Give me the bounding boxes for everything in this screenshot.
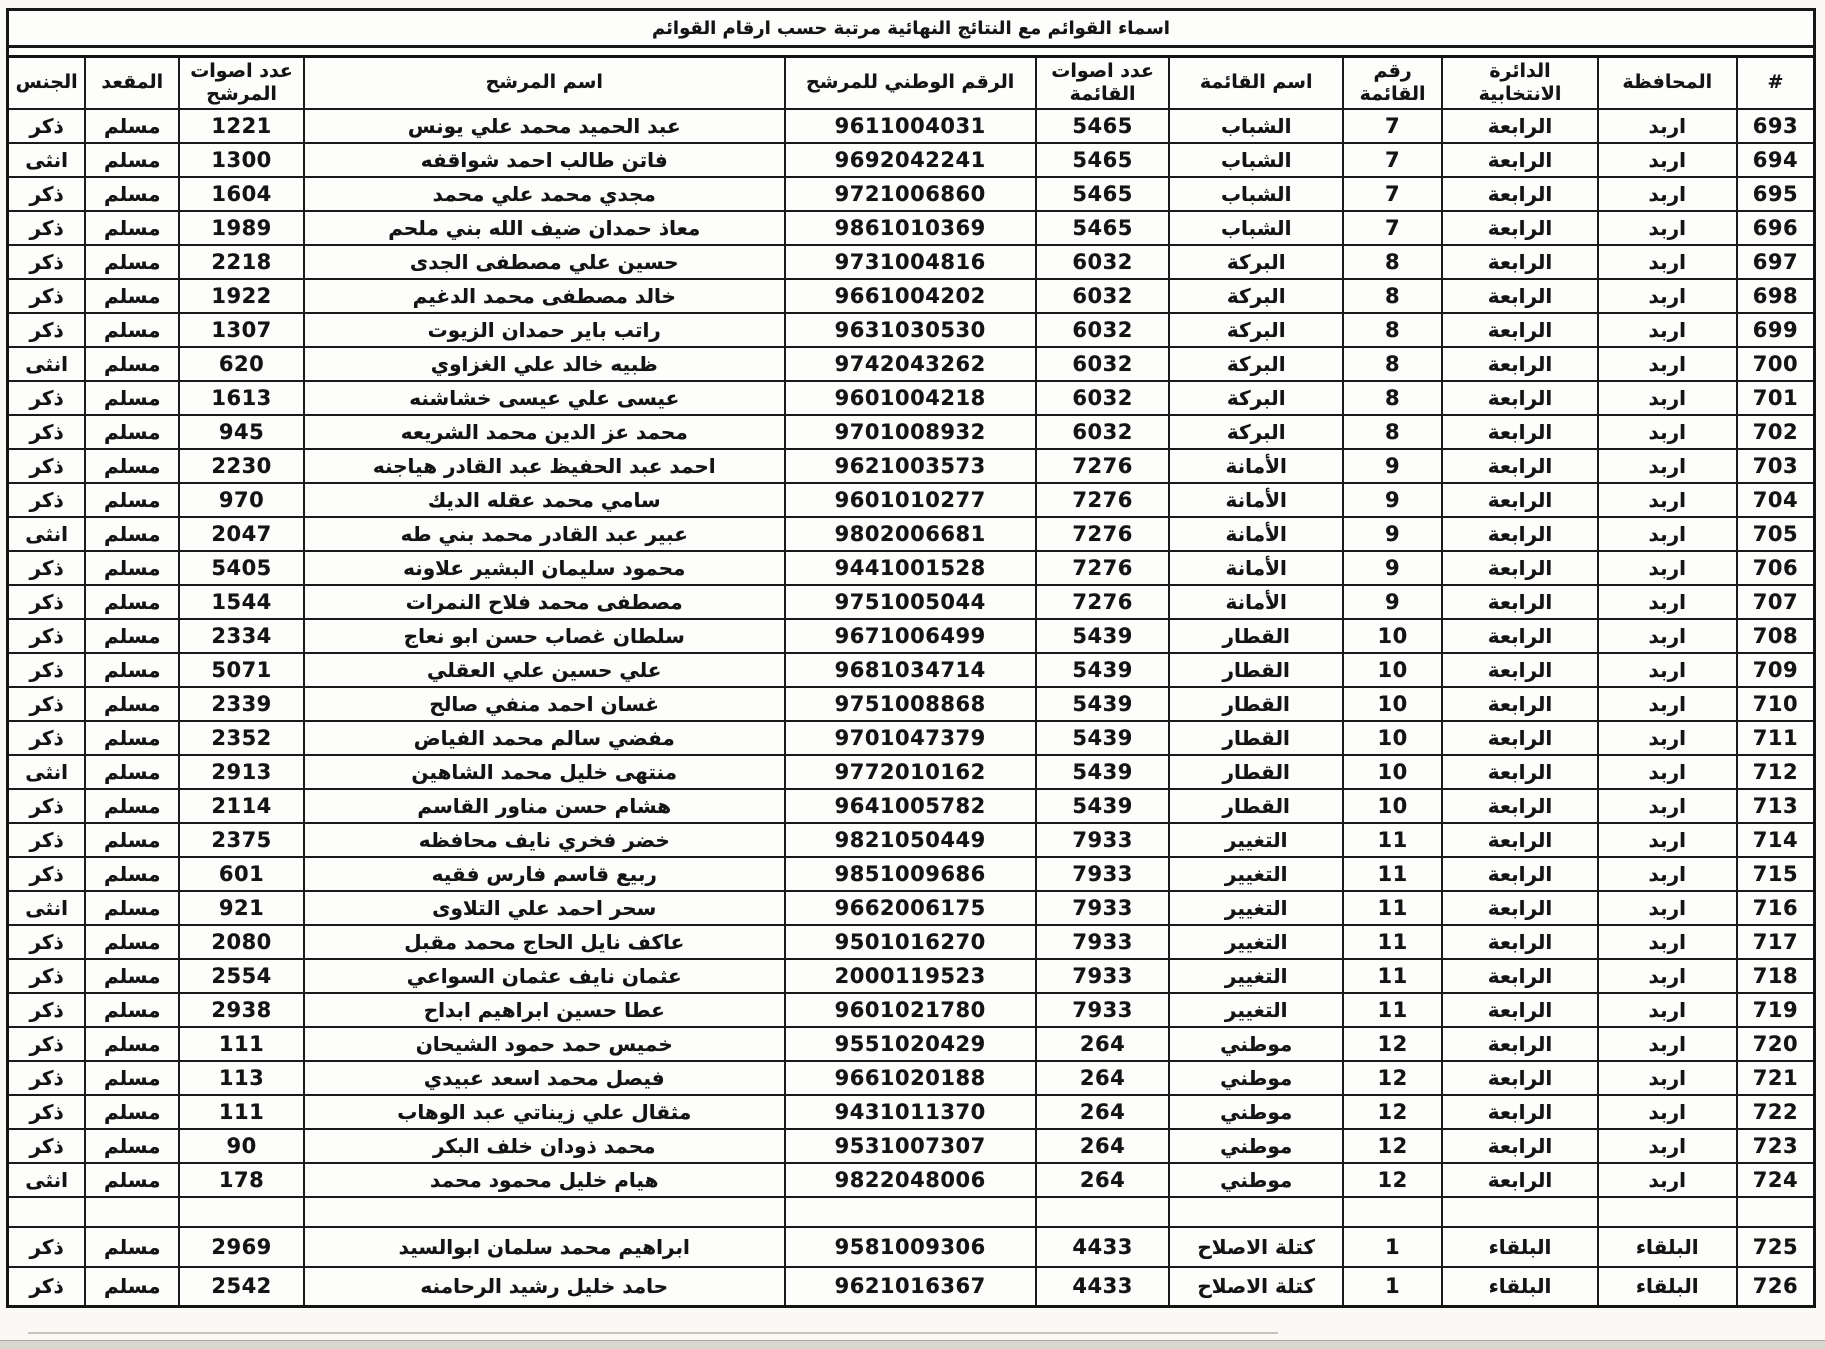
cell-cand_votes: 2352: [179, 721, 304, 755]
cell-list_name: الشباب: [1169, 109, 1342, 143]
cell-list_no: 8: [1343, 381, 1442, 415]
cell-national_id: 9611004031: [785, 109, 1036, 143]
cell-cand_votes: 111: [179, 1027, 304, 1061]
cell-governorate: اربد: [1598, 415, 1737, 449]
cell-governorate: اربد: [1598, 1129, 1737, 1163]
cell-governorate: اربد: [1598, 653, 1737, 687]
cell-governorate: اربد: [1598, 449, 1737, 483]
cell-gender: ذكر: [8, 1129, 86, 1163]
cell-seat: مسلم: [85, 517, 179, 551]
cell-governorate: اربد: [1598, 211, 1737, 245]
cell-cand_votes: 1300: [179, 143, 304, 177]
cell-list_no: 9: [1343, 483, 1442, 517]
table-row: 693اربدالرابعة7الشباب54659611004031عبد ا…: [8, 109, 1815, 143]
cell-gender: ذكر: [8, 1267, 86, 1307]
cell-candidate: خالد مصطفى محمد الدغيم: [304, 279, 785, 313]
cell-gender: ذكر: [8, 1227, 86, 1267]
table-row: 695اربدالرابعة7الشباب54659721006860مجدي …: [8, 177, 1815, 211]
cell-num: 698: [1737, 279, 1815, 313]
cell-list_no: 8: [1343, 245, 1442, 279]
cell-list_name: التغيير: [1169, 857, 1342, 891]
cell-cand_votes: 5071: [179, 653, 304, 687]
cell-candidate: محمد عز الدين محمد الشريعه: [304, 415, 785, 449]
cell-district: الرابعة: [1442, 721, 1597, 755]
cell-governorate: اربد: [1598, 687, 1737, 721]
cell-governorate: اربد: [1598, 313, 1737, 347]
cell-seat: مسلم: [85, 1095, 179, 1129]
cell-candidate: محمود سليمان البشير علاونه: [304, 551, 785, 585]
cell-district: الرابعة: [1442, 109, 1597, 143]
cell-cand_votes: 945: [179, 415, 304, 449]
cell-num: 719: [1737, 993, 1815, 1027]
cell-list_votes: 5439: [1036, 687, 1170, 721]
cell-candidate: سحر احمد علي التلاوى: [304, 891, 785, 925]
cell-cand_votes: 111: [179, 1095, 304, 1129]
cell-gender: ذكر: [8, 619, 86, 653]
cell-list_no: 11: [1343, 993, 1442, 1027]
cell-seat: مسلم: [85, 1163, 179, 1197]
cell-list_no: 1: [1343, 1227, 1442, 1267]
cell-seat: [85, 1197, 179, 1227]
cell-list_votes: 5439: [1036, 721, 1170, 755]
table-row: 706اربدالرابعة9الأمانة72769441001528محمو…: [8, 551, 1815, 585]
cell-district: الرابعة: [1442, 891, 1597, 925]
cell-num: 723: [1737, 1129, 1815, 1163]
cell-seat: مسلم: [85, 313, 179, 347]
cell-district: الرابعة: [1442, 347, 1597, 381]
scanner-edge-strip: [0, 1340, 1825, 1349]
cell-governorate: اربد: [1598, 585, 1737, 619]
table-row: 713اربدالرابعة10القطار54399641005782هشام…: [8, 789, 1815, 823]
cell-governorate: البلقاء: [1598, 1267, 1737, 1307]
cell-gender: انثى: [8, 143, 86, 177]
cell-num: 725: [1737, 1227, 1815, 1267]
cell-seat: مسلم: [85, 1267, 179, 1307]
table-row: 725البلقاءالبلقاء1كتلة الاصلاح4433958100…: [8, 1227, 1815, 1267]
column-header-district: الدائرة الانتخابية: [1442, 57, 1597, 109]
table-row: 710اربدالرابعة10القطار54399751008868غسان…: [8, 687, 1815, 721]
cell-governorate: اربد: [1598, 857, 1737, 891]
cell-list_votes: 264: [1036, 1163, 1170, 1197]
cell-governorate: اربد: [1598, 177, 1737, 211]
cell-gender: ذكر: [8, 993, 86, 1027]
cell-list_no: 9: [1343, 517, 1442, 551]
cell-governorate: اربد: [1598, 823, 1737, 857]
cell-cand_votes: 1613: [179, 381, 304, 415]
cell-gender: ذكر: [8, 959, 86, 993]
cell-list_name: البركة: [1169, 381, 1342, 415]
cell-national_id: 9662006175: [785, 891, 1036, 925]
cell-seat: مسلم: [85, 551, 179, 585]
document-title: اسماء القوائم مع النتائج النهائية مرتبة …: [6, 8, 1816, 48]
cell-seat: مسلم: [85, 823, 179, 857]
cell-governorate: اربد: [1598, 381, 1737, 415]
empty-row: [8, 1197, 1815, 1227]
cell-num: 715: [1737, 857, 1815, 891]
table-row: 708اربدالرابعة10القطار54399671006499سلطا…: [8, 619, 1815, 653]
table-row: 700اربدالرابعة8البركة60329742043262ظبيه …: [8, 347, 1815, 381]
table-row: 703اربدالرابعة9الأمانة72769621003573احمد…: [8, 449, 1815, 483]
cell-num: 702: [1737, 415, 1815, 449]
table-row: 702اربدالرابعة8البركة60329701008932محمد …: [8, 415, 1815, 449]
cell-national_id: 2000119523: [785, 959, 1036, 993]
cell-governorate: اربد: [1598, 755, 1737, 789]
cell-national_id: [785, 1197, 1036, 1227]
cell-national_id: 9731004816: [785, 245, 1036, 279]
cell-list_votes: 5465: [1036, 177, 1170, 211]
cell-national_id: 9551020429: [785, 1027, 1036, 1061]
cell-candidate: عيسى علي عيسى خشاشنه: [304, 381, 785, 415]
cell-governorate: [1598, 1197, 1737, 1227]
cell-list_no: 12: [1343, 1027, 1442, 1061]
cell-list_name: القطار: [1169, 721, 1342, 755]
cell-district: الرابعة: [1442, 177, 1597, 211]
cell-seat: مسلم: [85, 789, 179, 823]
cell-national_id: 9581009306: [785, 1227, 1036, 1267]
cell-seat: مسلم: [85, 483, 179, 517]
cell-gender: ذكر: [8, 823, 86, 857]
cell-seat: مسلم: [85, 211, 179, 245]
cell-candidate: حسين علي مصطفى الجدى: [304, 245, 785, 279]
cell-num: 712: [1737, 755, 1815, 789]
cell-cand_votes: 1989: [179, 211, 304, 245]
cell-list_name: البركة: [1169, 245, 1342, 279]
cell-list_votes: 5465: [1036, 109, 1170, 143]
cell-district: البلقاء: [1442, 1267, 1597, 1307]
cell-list_no: 10: [1343, 653, 1442, 687]
cell-seat: مسلم: [85, 755, 179, 789]
cell-list_votes: 6032: [1036, 313, 1170, 347]
cell-list_name: القطار: [1169, 789, 1342, 823]
cell-num: 706: [1737, 551, 1815, 585]
cell-candidate: غسان احمد منفي صالح: [304, 687, 785, 721]
cell-cand_votes: 2969: [179, 1227, 304, 1267]
cell-cand_votes: 5405: [179, 551, 304, 585]
cell-num: 694: [1737, 143, 1815, 177]
cell-national_id: 9601021780: [785, 993, 1036, 1027]
cell-list_no: 8: [1343, 313, 1442, 347]
cell-national_id: 9621016367: [785, 1267, 1036, 1307]
cell-num: 714: [1737, 823, 1815, 857]
cell-list_name: البركة: [1169, 313, 1342, 347]
cell-national_id: 9631030530: [785, 313, 1036, 347]
table-row: 701اربدالرابعة8البركة60329601004218عيسى …: [8, 381, 1815, 415]
cell-list_name: الأمانة: [1169, 449, 1342, 483]
table-row: 721اربدالرابعة12موطني2649661020188فيصل م…: [8, 1061, 1815, 1095]
cell-governorate: اربد: [1598, 721, 1737, 755]
cell-national_id: 9861010369: [785, 211, 1036, 245]
cell-num: 710: [1737, 687, 1815, 721]
cell-candidate: معاذ حمدان ضيف الله بني ملحم: [304, 211, 785, 245]
cell-list_name: البركة: [1169, 415, 1342, 449]
cell-list_votes: 6032: [1036, 415, 1170, 449]
cell-list_votes: 5439: [1036, 619, 1170, 653]
cell-list_votes: 6032: [1036, 381, 1170, 415]
cell-list_votes: 4433: [1036, 1227, 1170, 1267]
cell-governorate: اربد: [1598, 891, 1737, 925]
table-row: 717اربدالرابعة11التغيير79339501016270عاك…: [8, 925, 1815, 959]
results-table: # المحافظة الدائرة الانتخابية رقم القائم…: [6, 55, 1816, 1308]
cell-list_name: الأمانة: [1169, 585, 1342, 619]
cell-gender: ذكر: [8, 415, 86, 449]
cell-list_no: 11: [1343, 857, 1442, 891]
cell-candidate: فاتن طالب احمد شواقفه: [304, 143, 785, 177]
cell-list_name: الشباب: [1169, 177, 1342, 211]
cell-seat: مسلم: [85, 1129, 179, 1163]
cell-gender: ذكر: [8, 245, 86, 279]
cell-cand_votes: [179, 1197, 304, 1227]
cell-list_name: التغيير: [1169, 925, 1342, 959]
cell-district: الرابعة: [1442, 653, 1597, 687]
title-header-gap: [6, 48, 1816, 55]
cell-list_name: موطني: [1169, 1129, 1342, 1163]
cell-governorate: اربد: [1598, 279, 1737, 313]
cell-num: [1737, 1197, 1815, 1227]
cell-list_votes: 5439: [1036, 653, 1170, 687]
cell-list_name: القطار: [1169, 619, 1342, 653]
cell-list_no: [1343, 1197, 1442, 1227]
cell-district: الرابعة: [1442, 449, 1597, 483]
cell-district: الرابعة: [1442, 245, 1597, 279]
cell-candidate: ظبيه خالد علي الغزاوي: [304, 347, 785, 381]
cell-seat: مسلم: [85, 687, 179, 721]
cell-national_id: 9431011370: [785, 1095, 1036, 1129]
cell-list_votes: 6032: [1036, 347, 1170, 381]
table-row: 711اربدالرابعة10القطار54399701047379مفضي…: [8, 721, 1815, 755]
cell-cand_votes: 113: [179, 1061, 304, 1095]
cell-list_name: موطني: [1169, 1095, 1342, 1129]
cell-governorate: اربد: [1598, 993, 1737, 1027]
cell-list_name: موطني: [1169, 1061, 1342, 1095]
cell-candidate: عثمان نايف عثمان السواعي: [304, 959, 785, 993]
cell-district: الرابعة: [1442, 483, 1597, 517]
cell-num: 718: [1737, 959, 1815, 993]
cell-cand_votes: 2047: [179, 517, 304, 551]
cell-seat: مسلم: [85, 721, 179, 755]
table-row: 707اربدالرابعة9الأمانة72769751005044مصطف…: [8, 585, 1815, 619]
cell-seat: مسلم: [85, 381, 179, 415]
cell-national_id: 9851009686: [785, 857, 1036, 891]
cell-list_no: 12: [1343, 1095, 1442, 1129]
table-row: 726البلقاءالبلقاء1كتلة الاصلاح4433962101…: [8, 1267, 1815, 1307]
table-row: 722اربدالرابعة12موطني2649431011370مثقال …: [8, 1095, 1815, 1129]
cell-candidate: سامي محمد عقله الديك: [304, 483, 785, 517]
cell-governorate: اربد: [1598, 959, 1737, 993]
cell-num: 726: [1737, 1267, 1815, 1307]
cell-num: 722: [1737, 1095, 1815, 1129]
cell-national_id: 9751005044: [785, 585, 1036, 619]
cell-candidate: محمد ذودان خلف البكر: [304, 1129, 785, 1163]
cell-district: الرابعة: [1442, 279, 1597, 313]
cell-candidate: عاكف نايل الحاج محمد مقبل: [304, 925, 785, 959]
cell-list_name: الأمانة: [1169, 517, 1342, 551]
cell-gender: ذكر: [8, 449, 86, 483]
cell-list_no: 7: [1343, 177, 1442, 211]
table-row: 709اربدالرابعة10القطار54399681034714علي …: [8, 653, 1815, 687]
cell-seat: مسلم: [85, 1061, 179, 1095]
cell-district: البلقاء: [1442, 1227, 1597, 1267]
column-header-list-number: رقم القائمة: [1343, 57, 1442, 109]
cell-cand_votes: 1544: [179, 585, 304, 619]
cell-list_no: 9: [1343, 449, 1442, 483]
cell-cand_votes: 620: [179, 347, 304, 381]
cell-national_id: 9601010277: [785, 483, 1036, 517]
cell-list_votes: 264: [1036, 1095, 1170, 1129]
cell-num: 708: [1737, 619, 1815, 653]
cell-governorate: اربد: [1598, 347, 1737, 381]
cell-list_votes: 6032: [1036, 245, 1170, 279]
cell-candidate: هشام حسن مناور القاسم: [304, 789, 785, 823]
cell-national_id: 9661004202: [785, 279, 1036, 313]
column-header-candidate-name: اسم المرشح: [304, 57, 785, 109]
cell-gender: ذكر: [8, 857, 86, 891]
cell-num: 693: [1737, 109, 1815, 143]
cell-candidate: [304, 1197, 785, 1227]
cell-national_id: 9802006681: [785, 517, 1036, 551]
cell-cand_votes: 178: [179, 1163, 304, 1197]
cell-num: 700: [1737, 347, 1815, 381]
cell-candidate: خضر فخري نايف محافظه: [304, 823, 785, 857]
table-row: 712اربدالرابعة10القطار54399772010162منته…: [8, 755, 1815, 789]
cell-national_id: 9742043262: [785, 347, 1036, 381]
cell-list_name: التغيير: [1169, 959, 1342, 993]
cell-list_name: التغيير: [1169, 823, 1342, 857]
cell-list_name: موطني: [1169, 1163, 1342, 1197]
cell-gender: [8, 1197, 86, 1227]
table-header: # المحافظة الدائرة الانتخابية رقم القائم…: [8, 57, 1815, 109]
cell-seat: مسلم: [85, 619, 179, 653]
cell-list_no: 1: [1343, 1267, 1442, 1307]
cell-candidate: راتب باير حمدان الزيوت: [304, 313, 785, 347]
cell-national_id: 9531007307: [785, 1129, 1036, 1163]
cell-list_name: الشباب: [1169, 211, 1342, 245]
column-header-list-name: اسم القائمة: [1169, 57, 1342, 109]
cell-num: 695: [1737, 177, 1815, 211]
cell-gender: ذكر: [8, 1027, 86, 1061]
column-header-governorate: المحافظة: [1598, 57, 1737, 109]
cell-seat: مسلم: [85, 653, 179, 687]
cell-cand_votes: 2554: [179, 959, 304, 993]
cell-cand_votes: 90: [179, 1129, 304, 1163]
cell-candidate: سلطان غصاب حسن ابو نعاج: [304, 619, 785, 653]
table-row: 704اربدالرابعة9الأمانة72769601010277سامي…: [8, 483, 1815, 517]
cell-national_id: 9821050449: [785, 823, 1036, 857]
cell-district: الرابعة: [1442, 619, 1597, 653]
cell-list_no: 8: [1343, 279, 1442, 313]
cell-governorate: اربد: [1598, 517, 1737, 551]
cell-seat: مسلم: [85, 585, 179, 619]
column-header-gender: الجنس: [8, 57, 86, 109]
cell-list_name: القطار: [1169, 653, 1342, 687]
cell-cand_votes: 1221: [179, 109, 304, 143]
cell-national_id: 9751008868: [785, 687, 1036, 721]
cell-num: 704: [1737, 483, 1815, 517]
cell-cand_votes: 1307: [179, 313, 304, 347]
table-row: 697اربدالرابعة8البركة60329731004816حسين …: [8, 245, 1815, 279]
scanned-results-sheet: اسماء القوائم مع النتائج النهائية مرتبة …: [6, 8, 1816, 1308]
cell-gender: انثى: [8, 891, 86, 925]
cell-seat: مسلم: [85, 993, 179, 1027]
cell-national_id: 9701008932: [785, 415, 1036, 449]
cell-seat: مسلم: [85, 1227, 179, 1267]
cell-governorate: اربد: [1598, 1061, 1737, 1095]
cell-national_id: 9772010162: [785, 755, 1036, 789]
cell-list_name: التغيير: [1169, 891, 1342, 925]
cell-seat: مسلم: [85, 891, 179, 925]
cell-list_no: 12: [1343, 1129, 1442, 1163]
cell-seat: مسلم: [85, 245, 179, 279]
cell-candidate: مجدي محمد علي محمد: [304, 177, 785, 211]
cell-list_no: 10: [1343, 755, 1442, 789]
table-row: 716اربدالرابعة11التغيير79339662006175سحر…: [8, 891, 1815, 925]
cell-num: 709: [1737, 653, 1815, 687]
cell-list_votes: 6032: [1036, 279, 1170, 313]
cell-gender: ذكر: [8, 279, 86, 313]
table-row: 723اربدالرابعة12موطني2649531007307محمد ذ…: [8, 1129, 1815, 1163]
table-row: 698اربدالرابعة8البركة60329661004202خالد …: [8, 279, 1815, 313]
cell-district: الرابعة: [1442, 1027, 1597, 1061]
cell-list_no: 8: [1343, 415, 1442, 449]
cell-seat: مسلم: [85, 857, 179, 891]
cell-cand_votes: 2339: [179, 687, 304, 721]
cell-num: 721: [1737, 1061, 1815, 1095]
cell-governorate: اربد: [1598, 245, 1737, 279]
cell-national_id: 9681034714: [785, 653, 1036, 687]
cell-seat: مسلم: [85, 925, 179, 959]
cell-district: الرابعة: [1442, 789, 1597, 823]
cell-district: الرابعة: [1442, 381, 1597, 415]
cell-gender: ذكر: [8, 551, 86, 585]
cell-district: الرابعة: [1442, 687, 1597, 721]
cell-candidate: هيام خليل محمود محمد: [304, 1163, 785, 1197]
cell-num: 717: [1737, 925, 1815, 959]
cell-list_no: 10: [1343, 619, 1442, 653]
cell-list_votes: 7933: [1036, 823, 1170, 857]
cell-num: 699: [1737, 313, 1815, 347]
cell-list_no: 12: [1343, 1061, 1442, 1095]
cell-list_no: 10: [1343, 721, 1442, 755]
cell-governorate: اربد: [1598, 1027, 1737, 1061]
cell-list_name: القطار: [1169, 687, 1342, 721]
cell-district: الرابعة: [1442, 1129, 1597, 1163]
cell-seat: مسلم: [85, 959, 179, 993]
cell-num: 701: [1737, 381, 1815, 415]
cell-gender: ذكر: [8, 381, 86, 415]
cell-governorate: اربد: [1598, 925, 1737, 959]
cell-district: [1442, 1197, 1597, 1227]
cell-gender: ذكر: [8, 177, 86, 211]
cell-list_no: 7: [1343, 109, 1442, 143]
cell-gender: ذكر: [8, 1061, 86, 1095]
cell-candidate: عطا حسين ابراهيم ابداح: [304, 993, 785, 1027]
cell-list_name: [1169, 1197, 1342, 1227]
cell-list_no: 11: [1343, 925, 1442, 959]
cell-list_name: البركة: [1169, 347, 1342, 381]
cell-list_votes: 5465: [1036, 211, 1170, 245]
cell-cand_votes: 970: [179, 483, 304, 517]
cell-cand_votes: 1922: [179, 279, 304, 313]
cell-district: الرابعة: [1442, 313, 1597, 347]
cell-cand_votes: 2542: [179, 1267, 304, 1307]
cell-governorate: اربد: [1598, 619, 1737, 653]
cell-candidate: فيصل محمد اسعد عبيدي: [304, 1061, 785, 1095]
cell-num: 720: [1737, 1027, 1815, 1061]
table-row: 719اربدالرابعة11التغيير79339601021780عطا…: [8, 993, 1815, 1027]
cell-list_votes: 7933: [1036, 857, 1170, 891]
cell-cand_votes: 2375: [179, 823, 304, 857]
cell-governorate: اربد: [1598, 483, 1737, 517]
cell-national_id: 9721006860: [785, 177, 1036, 211]
